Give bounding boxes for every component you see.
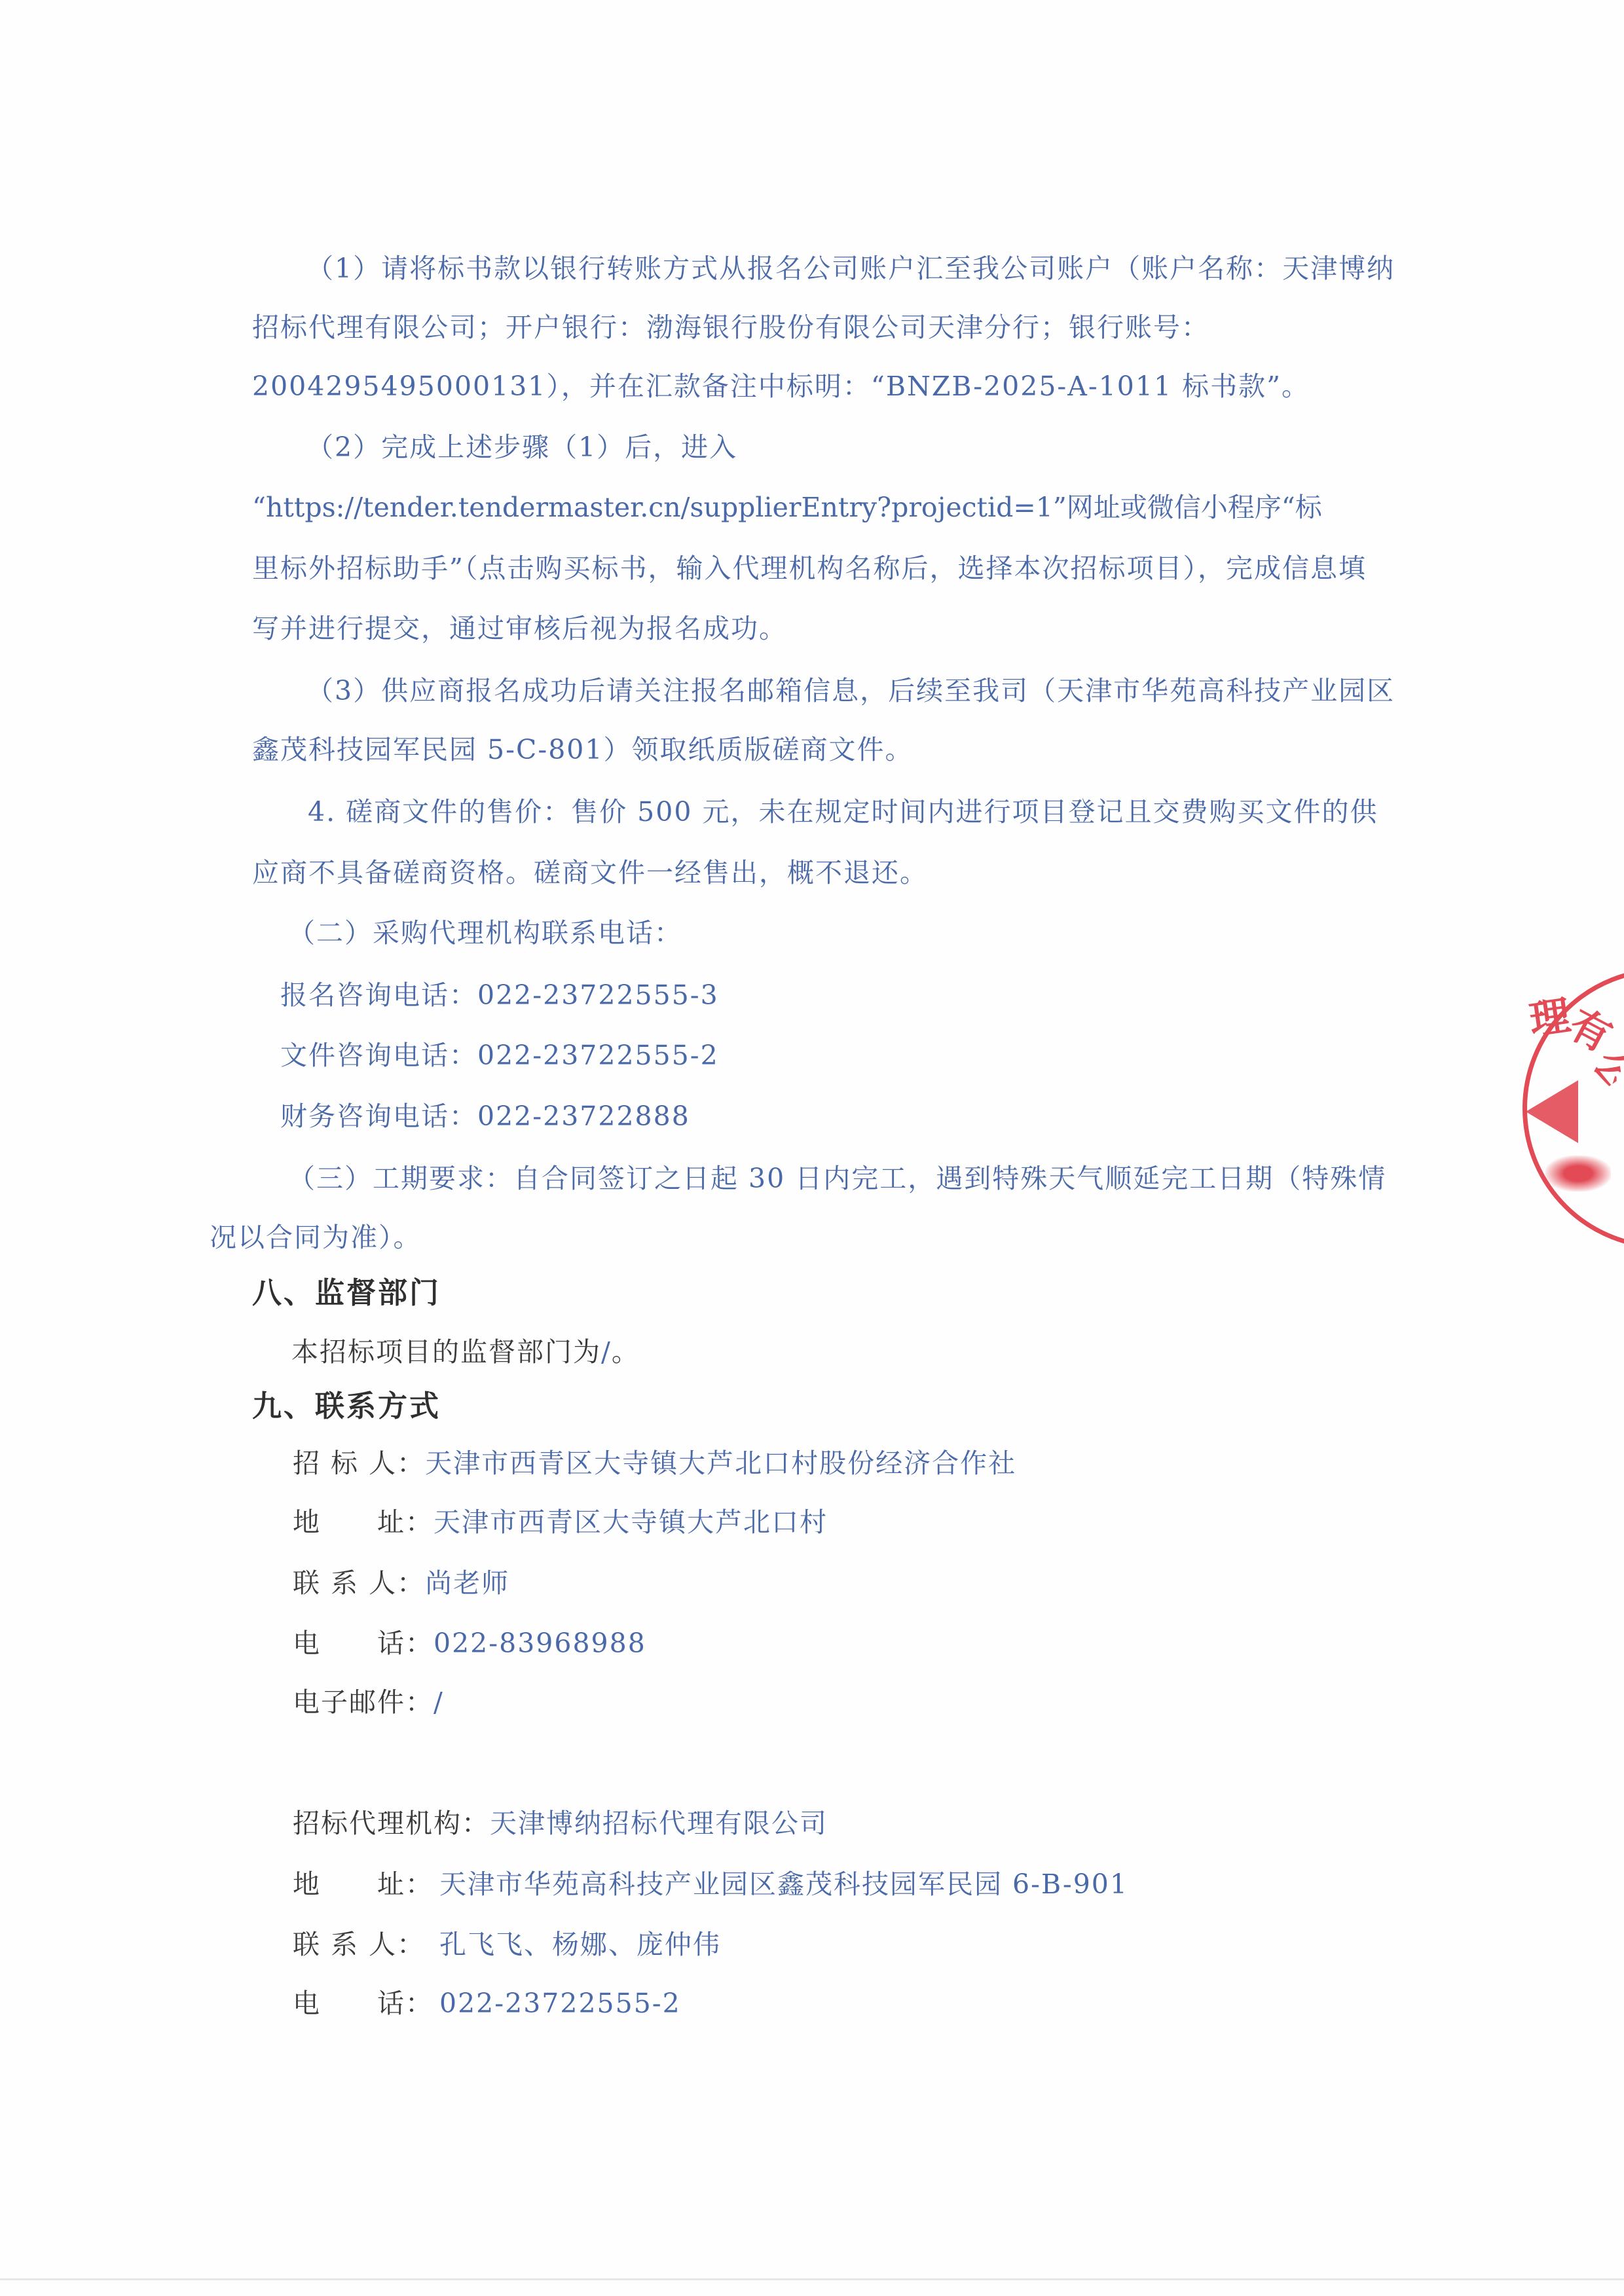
contact-value: 天津市华苑高科技产业园区鑫茂科技园军民园 6-B-901 [439, 1868, 1128, 1900]
supervision-prefix: 本招标项目的监督部门为 [291, 1336, 601, 1368]
contact-value: 孔飞飞、杨娜、庞仲伟 [439, 1929, 721, 1960]
agency-row-name: 招标代理机构：天津博纳招标代理有限公司 [293, 1807, 828, 1840]
contact-label: 地 址： [293, 1868, 439, 1901]
payment-step2-line1: （2）完成上述步骤（1）后，进入 [306, 431, 737, 464]
payment-step1-line1: （1）请将标书款以银行转账方式从报名公司账户汇至我公司账户（账户名称：天津博纳 [306, 252, 1395, 285]
price-clause-line2: 应商不具备磋商资格。磋商文件一经售出，概不退还。 [252, 856, 928, 889]
contact-value: 天津市西青区大寺镇大芦北口村股份经济合作社 [425, 1448, 1016, 1479]
agency-row-contact: 联 系 人：孔飞飞、杨娜、庞仲伟 [293, 1928, 721, 1961]
contact-value: 尚老师 [425, 1567, 509, 1599]
payment-step2-line3: 里标外招标助手”（点击购买标书，输入代理机构名称后，选择本次招标项目），完成信息… [252, 552, 1367, 585]
contact-label: 电 话： [293, 1987, 439, 2020]
agency-row-phone: 电 话：022-23722555-2 [293, 1987, 681, 2020]
phone-value: 022-23722555-3 [477, 979, 719, 1011]
tenderer-row-phone: 电 话：022-83968988 [293, 1627, 646, 1660]
contact-value: / [434, 1686, 444, 1718]
agency-row-address: 地 址：天津市华苑高科技产业园区鑫茂科技园军民园 6-B-901 [293, 1868, 1128, 1901]
section8-body: 本招标项目的监督部门为/。 [291, 1336, 640, 1368]
payment-step3-line1: （3）供应商报名成功后请关注报名邮箱信息，后续至我司（天津市华苑高科技产业园区 [306, 674, 1395, 707]
contact-value: 022-23722555-2 [439, 1988, 681, 2019]
payment-step1-line2: 招标代理有限公司；开户银行：渤海银行股份有限公司天津分行；银行账号： [252, 311, 1209, 344]
phone-label: 财务咨询电话： [280, 1101, 477, 1132]
tenderer-row-contact: 联 系 人：尚老师 [293, 1567, 509, 1599]
payment-step2-line4: 写并进行提交，通过审核后视为报名成功。 [252, 612, 787, 645]
phone-value: 022-23722888 [477, 1101, 690, 1132]
seal-star-icon [1526, 1080, 1578, 1143]
tenderer-row-name: 招 标 人：天津市西青区大寺镇大芦北口村股份经济合作社 [293, 1447, 1016, 1480]
contact-label: 招标代理机构： [293, 1807, 490, 1840]
document-page: （1）请将标书款以银行转账方式从报名公司账户汇至我公司账户（账户名称：天津博纳 … [0, 0, 1624, 2296]
payment-step1-line3: 2004295495000131），并在汇款备注中标明：“BNZB-2025-A… [252, 370, 1310, 403]
scan-page-edge [0, 2278, 1624, 2280]
phone-value: 022-23722555-2 [477, 1040, 719, 1071]
section9-heading: 九、联系方式 [252, 1389, 441, 1424]
contact-label: 地 址： [293, 1506, 434, 1539]
phone-row-finance: 财务咨询电话：022-23722888 [280, 1100, 690, 1133]
phone-row-registration: 报名咨询电话：022-23722555-3 [280, 979, 719, 1011]
seal-ink-blot [1545, 1156, 1611, 1192]
section8-heading: 八、监督部门 [252, 1275, 441, 1311]
phone-label: 报名咨询电话： [280, 979, 477, 1011]
agency-phones-title: （二）采购代理机构联系电话： [288, 917, 682, 949]
contact-label: 电子邮件： [293, 1686, 434, 1719]
contact-value: 天津市西青区大寺镇大芦北口村 [434, 1506, 828, 1538]
contact-label: 招 标 人： [293, 1447, 425, 1480]
tenderer-row-address: 地 址：天津市西青区大寺镇大芦北口村 [293, 1506, 828, 1539]
price-clause-line1: 4. 磋商文件的售价：售价 500 元，未在规定时间内进行项目登记且交费购买文件… [308, 795, 1378, 828]
schedule-line1: （三）工期要求：自合同签订之日起 30 日内完工，遇到特殊天气顺延完工日期（特殊… [288, 1162, 1386, 1195]
payment-step3-line2: 鑫茂科技园军民园 5-C-801）领取纸质版磋商文件。 [252, 733, 913, 766]
contact-label: 电 话： [293, 1627, 434, 1660]
tenderer-row-email: 电子邮件：/ [293, 1686, 444, 1719]
phone-row-documents: 文件咨询电话：022-23722555-2 [280, 1039, 719, 1072]
contact-label: 联 系 人： [293, 1567, 425, 1599]
schedule-line2: 况以合同为准）。 [210, 1221, 422, 1254]
contact-value: 天津博纳招标代理有限公司 [490, 1808, 828, 1839]
phone-label: 文件咨询电话： [280, 1040, 477, 1071]
supervision-suffix: 。 [612, 1336, 640, 1368]
supervision-value: / [601, 1336, 612, 1368]
payment-step2-url-line: “https://tender.tendermaster.cn/supplier… [252, 491, 1322, 524]
contact-value: 022-83968988 [434, 1628, 646, 1659]
contact-label: 联 系 人： [293, 1928, 439, 1961]
